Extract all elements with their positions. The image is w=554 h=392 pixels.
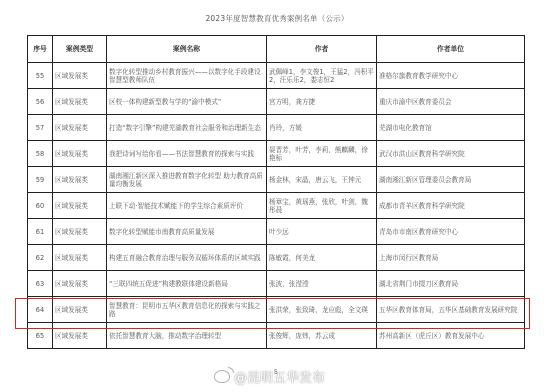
- cell-num: 55: [28, 63, 53, 89]
- cell-name: 我把诗词写给你看——书法智慧教育的探索与实践: [107, 141, 267, 167]
- table-row: 60 区域发展类 上联下动·智能技术赋能下的学生综合素质评价 杨章宝，黄瑶燕，张…: [28, 193, 525, 219]
- cell-name: 上联下动·智能技术赋能下的学生综合素质评价: [107, 193, 267, 219]
- watermark-text: @昆明五华发布: [234, 367, 325, 386]
- cell-type: 区域发展类: [53, 245, 107, 271]
- cell-author: 杨章宝，黄瑶燕，张欣，叶剑，魏彤晨: [267, 193, 377, 219]
- cell-type: 区域发展类: [53, 219, 107, 245]
- cell-num: 60: [28, 193, 53, 219]
- cell-type: 区域发展类: [53, 141, 107, 167]
- table-header-row: 序号 案例类型 案例名称 作者 作者单位: [28, 36, 525, 63]
- document-title: 2023年度智慧教育优秀案例名单（公示）: [0, 13, 554, 24]
- cell-type: 区域发展类: [53, 115, 107, 141]
- cell-num: 57: [28, 115, 53, 141]
- cell-num: 62: [28, 245, 53, 271]
- table-row: 63 区域发展类 “三联四统五促进”构建教联体建设新格局 张波，张滢滢 湖北省荆…: [28, 271, 525, 297]
- cell-author: 宫方明，龚方捷: [267, 89, 377, 115]
- weibo-icon: [214, 370, 230, 383]
- table-row: 56 区域发展类 区校一体构建新型教与学的“渝中模式” 宫方明，龚方捷 重庆市渝…: [28, 89, 525, 115]
- cell-name: “三联四统五促进”构建教联体建设新格局: [107, 271, 267, 297]
- cell-type: 区域发展类: [53, 323, 107, 349]
- header-type: 案例类型: [53, 36, 107, 63]
- cell-author: 张波，张滢滢: [267, 271, 377, 297]
- header-name: 案例名称: [107, 36, 267, 63]
- cell-unit: 上海市闵行区教育局: [377, 245, 525, 271]
- cell-num: 59: [28, 167, 53, 193]
- cell-author: 杨金林，宋晶，唐云飞，王钟元: [267, 167, 377, 193]
- cell-unit: 湖北省荆门市掇刀区教育局: [377, 271, 525, 297]
- cell-name: 数字化转型赋能市南教育高质量发展: [107, 219, 267, 245]
- cell-name: 区校一体构建新型教与学的“渝中模式”: [107, 89, 267, 115]
- cell-type: 区域发展类: [53, 297, 107, 323]
- table-row: 65 区域发展类 依托智慧教育大脑，推动数字治理转型 张俊辉，庞炜，苏云成 苏州…: [28, 323, 525, 349]
- table-row-highlighted: 64 区域发展类 智慧教育：昆明市五华区教育信息化的探索与实践之路 张洪荣，张致…: [28, 297, 525, 323]
- cell-type: 区域发展类: [53, 63, 107, 89]
- cell-author: 晏晋芳，叶芳，李莉，熊麒麟，徐艳标: [267, 141, 377, 167]
- cell-author: 张俊辉，庞炜，苏云成: [267, 323, 377, 349]
- table-row: 55 区域发展类 数字化转型推动乡村教育振兴——以数字化手段建设智慧型教师队伍 …: [28, 63, 525, 89]
- cell-name: 依托智慧教育大脑，推动数字治理转型: [107, 323, 267, 349]
- cell-type: 区域发展类: [53, 167, 107, 193]
- cell-name: 数字化转型推动乡村教育振兴——以数字化手段建设智慧型教师队伍: [107, 63, 267, 89]
- cell-num: 58: [28, 141, 53, 167]
- cell-unit: 五华区教育体育局，五华区基础教育发展研究院: [377, 297, 525, 323]
- header-unit: 作者单位: [377, 36, 525, 63]
- cell-type: 区域发展类: [53, 271, 107, 297]
- table-row: 57 区域发展类 打造“数字引擎”构建芜湖教育社会服务和治理新生态 肖玲，方媛 …: [28, 115, 525, 141]
- cell-unit: 武汉市洪山区教育科学研究院: [377, 141, 525, 167]
- header-author: 作者: [267, 36, 377, 63]
- cell-unit: 湖南湘江新区管理委员会教育局: [377, 167, 525, 193]
- cell-name: 智慧教育：昆明市五华区教育信息化的探索与实践之路: [107, 297, 267, 323]
- table-row: 59 区域发展类 湖南湘江新区深入推进教育数字化转型 助力教育高质量均衡发展 杨…: [28, 167, 525, 193]
- cell-name: 打造“数字引擎”构建芜湖教育社会服务和治理新生态: [107, 115, 267, 141]
- cell-author: 武佩峰1，李文俊1，王猛2，冯积平2，汪乐乐2，娄志恒2: [267, 63, 377, 89]
- cell-author: 张洪荣，张致琦，龙应彪，全文瑛: [267, 297, 377, 323]
- header-num: 序号: [28, 36, 53, 63]
- table-row: 58 区域发展类 我把诗词写给你看——书法智慧教育的探索与实践 晏晋芳，叶芳，李…: [28, 141, 525, 167]
- cell-unit: 苏州高新区（虎丘区）教育发展中心: [377, 323, 525, 349]
- table-row: 61 区域发展类 数字化转型赋能市南教育高质量发展 叶少远 青岛市市南区教育研究…: [28, 219, 525, 245]
- cell-name: 构建五育融合教育治理与服务双循环体系的区域实践: [107, 245, 267, 271]
- cell-num: 63: [28, 271, 53, 297]
- cell-num: 56: [28, 89, 53, 115]
- case-list-table: 序号 案例类型 案例名称 作者 作者单位 55 区域发展类 数字化转型推动乡村教…: [27, 35, 525, 349]
- cell-num: 65: [28, 323, 53, 349]
- cell-unit: 成都市青羊区教育科学研究院: [377, 193, 525, 219]
- cell-name: 湖南湘江新区深入推进教育数字化转型 助力教育高质量均衡发展: [107, 167, 267, 193]
- cell-author: 肖玲，方媛: [267, 115, 377, 141]
- cell-unit: 重庆市渝中区教育委员会: [377, 89, 525, 115]
- cell-author: 陈敏霞，何美龙: [267, 245, 377, 271]
- cell-unit: 准格尔旗教育教学研究中心: [377, 63, 525, 89]
- cell-author: 叶少远: [267, 219, 377, 245]
- table-row: 62 区域发展类 构建五育融合教育治理与服务双循环体系的区域实践 陈敏霞，何美龙…: [28, 245, 525, 271]
- cell-type: 区域发展类: [53, 89, 107, 115]
- cell-unit: 芜湖市电化教育馆: [377, 115, 525, 141]
- cell-num: 64: [28, 297, 53, 323]
- cell-type: 区域发展类: [53, 193, 107, 219]
- cell-unit: 青岛市市南区教育研究中心: [377, 219, 525, 245]
- watermark: @昆明五华发布: [214, 367, 325, 386]
- cell-num: 61: [28, 219, 53, 245]
